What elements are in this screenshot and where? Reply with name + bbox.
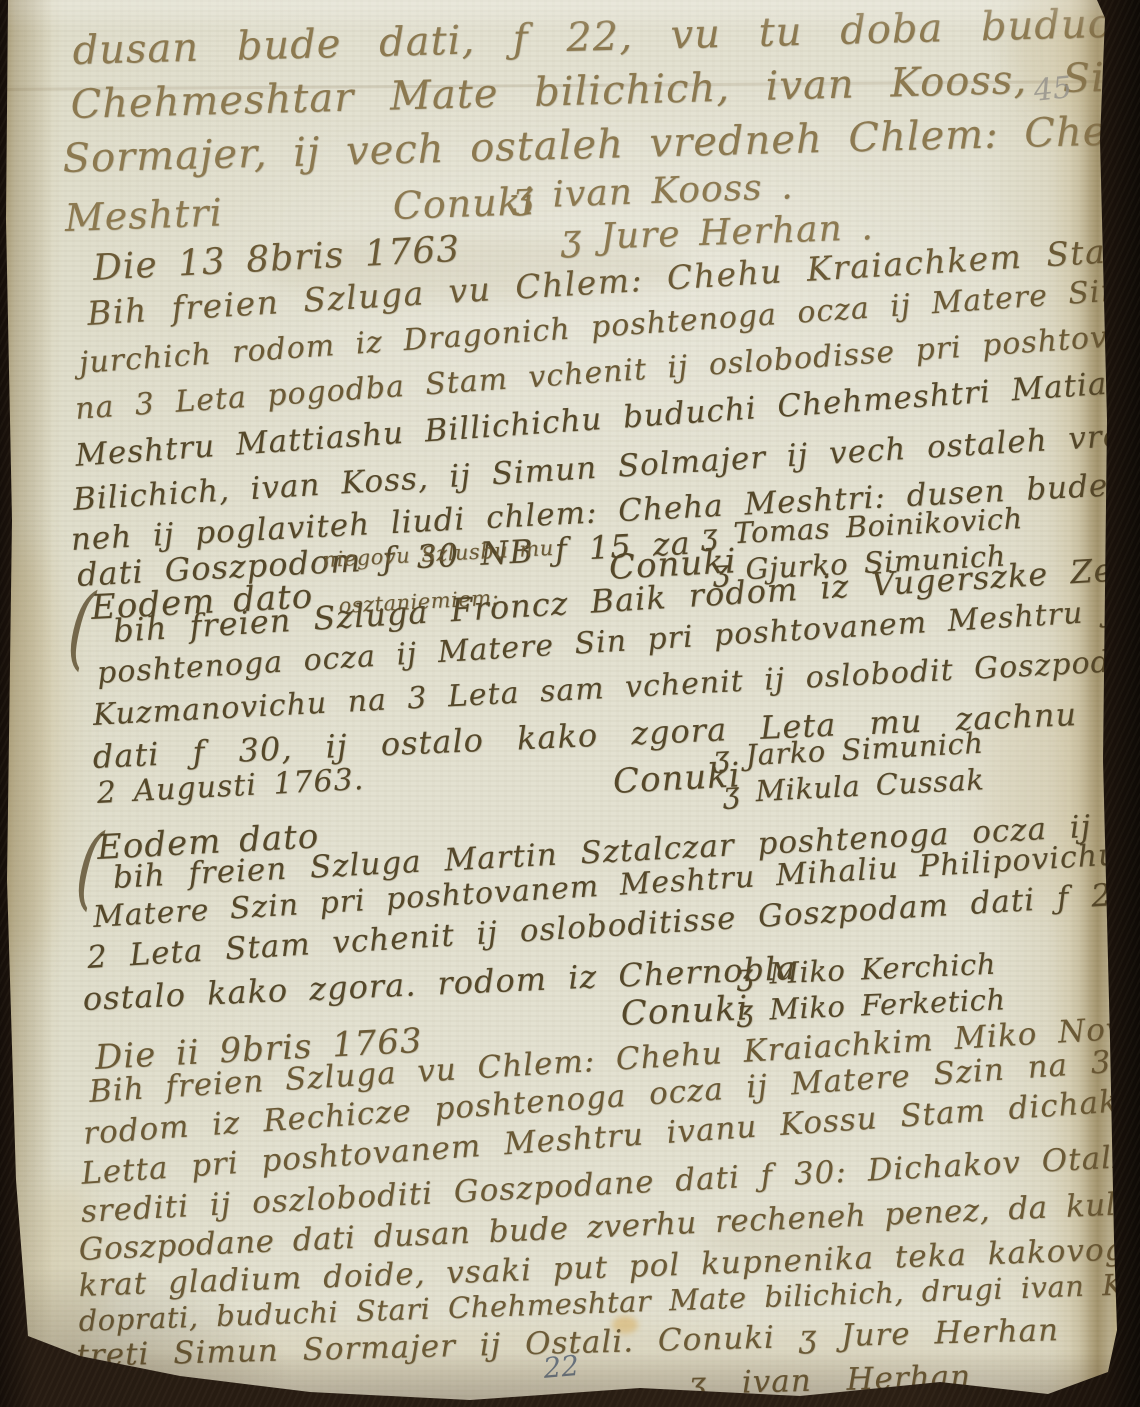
witness-name-line: ʒ ivan Kooss .: [512, 166, 794, 217]
witness-bracket-label: Conuki: [620, 988, 749, 1034]
manuscript-page: dusan bude dati, ƒ 22, vu tu doba buduch…: [0, 0, 1140, 1407]
manuscript-scan: dusan bude dati, ƒ 22, vu tu doba buduch…: [0, 0, 1140, 1407]
folio-number-pencil: 45: [1032, 70, 1074, 109]
manuscript-line: Meshtri: [64, 190, 223, 239]
page-number-pencil: 22: [542, 1349, 580, 1385]
